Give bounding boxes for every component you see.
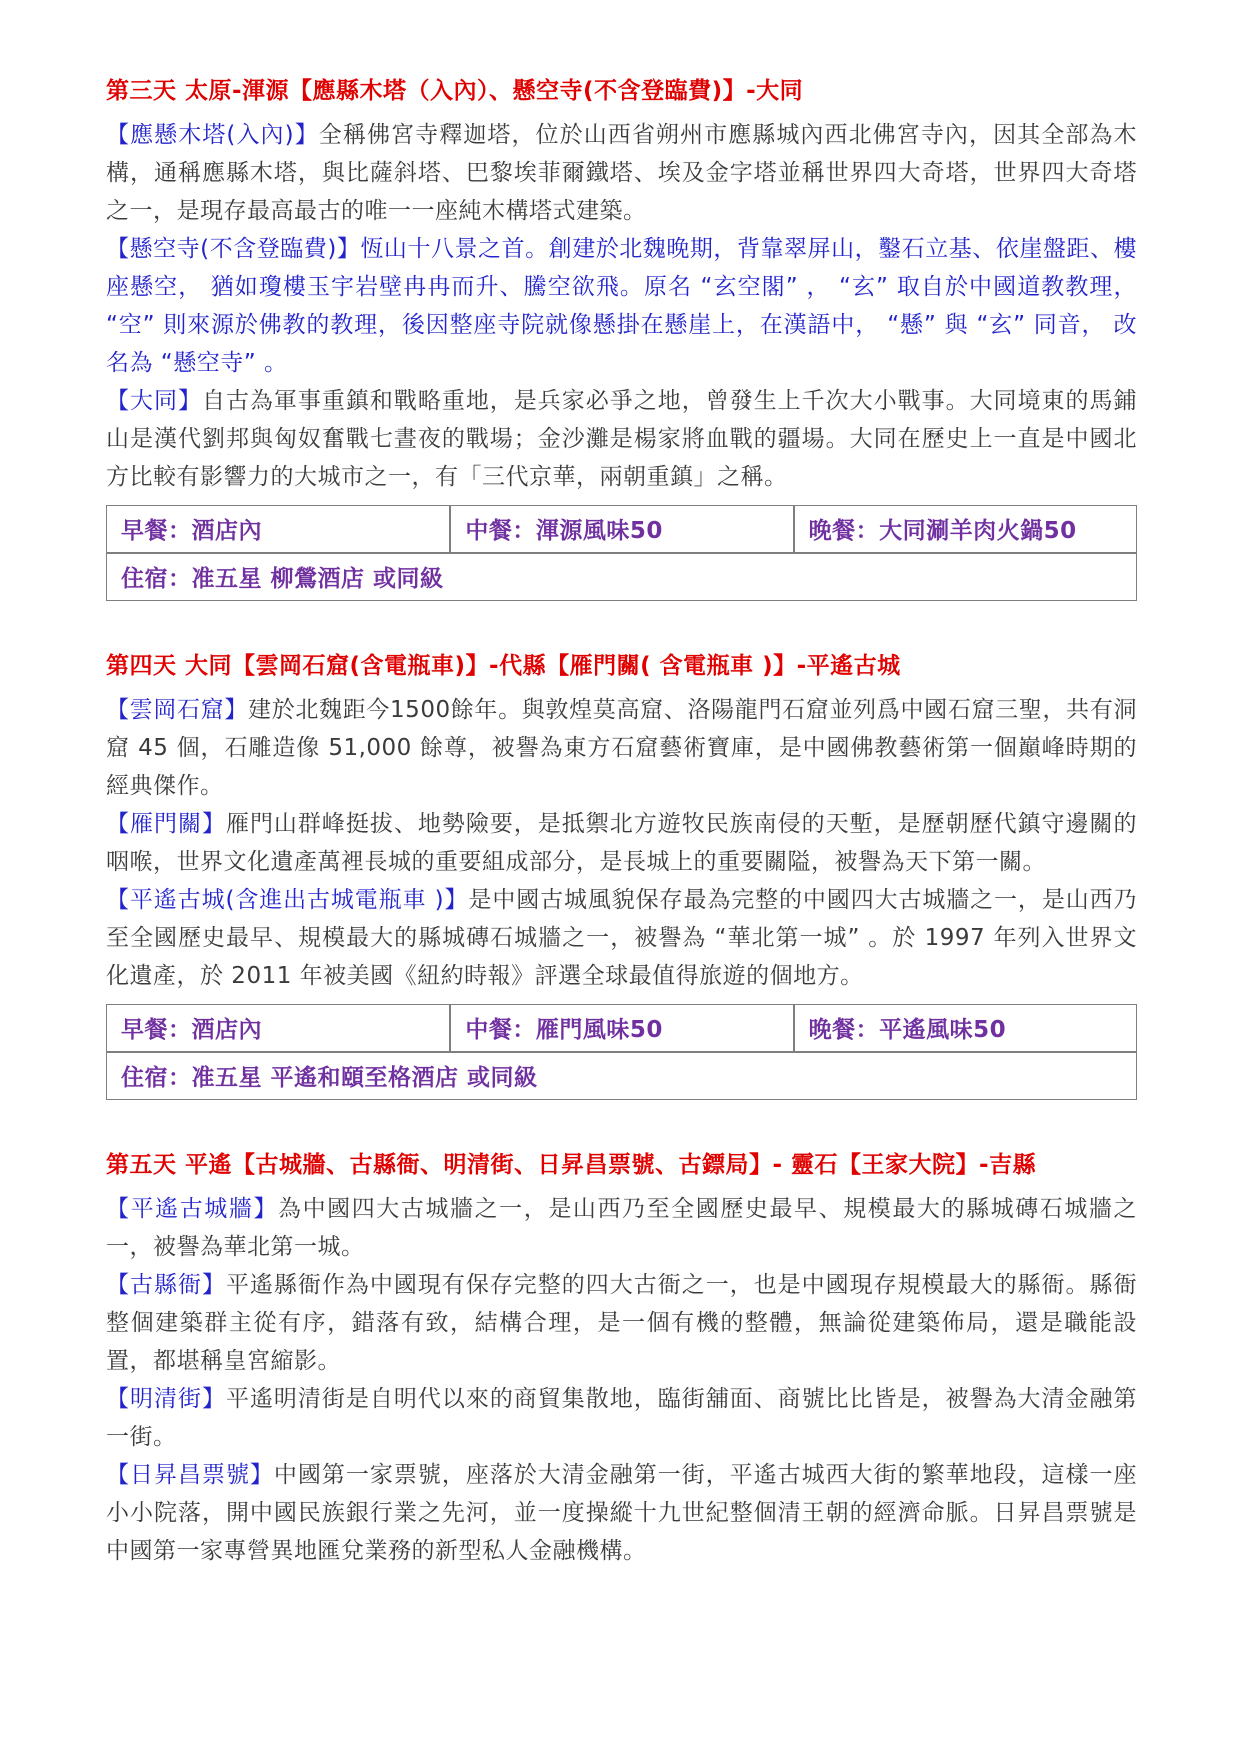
day3-lunch-cell: 中餐：渾源風味50	[450, 505, 793, 553]
day3-paragraph-datong: 【大同】自古為軍事重鎮和戰略重地，是兵家必爭之地，曾發生上千次大小戰事。大同境東…	[106, 382, 1137, 496]
day5-p2-label: 【古縣衙】	[106, 1272, 226, 1298]
day4-paragraph-yungang-grottoes: 【雲岡石窟】建於北魏距今1500餘年。與敦煌莫高窟、洛陽龍門石窟並列爲中國石窟三…	[106, 691, 1137, 805]
day3-p2-label: 【懸空寺(不含登臨費)】	[106, 236, 360, 262]
day5-paragraph-rishengchang: 【日昇昌票號】中國第一家票號，座落於大清金融第一街，平遙古城西大街的繁華地段，這…	[106, 1456, 1137, 1570]
day4-meals-row: 早餐：酒店內 中餐：雁門風味50 晚餐：平遙風味50	[106, 1004, 1137, 1052]
day5-p3-label: 【明清街】	[106, 1386, 226, 1412]
day5-paragraph-county-yamen: 【古縣衙】平遙縣衙作為中國現有保存完整的四大古衙之一，也是中國現存規模最大的縣衙…	[106, 1266, 1137, 1380]
day4-heading: 第四天 大同【雲岡石窟(含電瓶車)】-代縣【雁門關( 含電瓶車 )】-平遙古城	[106, 647, 1137, 685]
day3-meal-table: 早餐：酒店內 中餐：渾源風味50 晚餐：大同涮羊肉火鍋50 住宿：准五星 柳鶯酒…	[106, 505, 1137, 601]
day4-lunch-cell: 中餐：雁門風味50	[450, 1004, 793, 1052]
day4-p2-label: 【雁門關】	[106, 811, 226, 837]
day3-p3-label: 【大同】	[106, 388, 202, 414]
day4-paragraph-pingyao: 【平遙古城(含進出古城電瓶車 )】是中國古城風貌保存最為完整的中國四大古城牆之一…	[106, 881, 1137, 995]
day3-paragraph-hanging-temple: 【懸空寺(不含登臨費)】恆山十八景之首。創建於北魏晚期，背靠翠屏山，鑿石立基、依…	[106, 230, 1137, 382]
day4-p3-label: 【平遙古城(含進出古城電瓶車 )】	[106, 887, 468, 913]
day5-p3-text: 平遙明清街是自明代以來的商貿集散地，臨街舖面、商號比比皆是，被譽為大清金融第一街…	[106, 1386, 1137, 1450]
day4-section: 第四天 大同【雲岡石窟(含電瓶車)】-代縣【雁門關( 含電瓶車 )】-平遙古城 …	[106, 647, 1137, 1100]
day5-paragraph-city-wall: 【平遙古城牆】為中國四大古城牆之一，是山西乃至全國歷史最早、規模最大的縣城磚石城…	[106, 1190, 1137, 1266]
day4-p1-text: 建於北魏距今1500餘年。與敦煌莫高窟、洛陽龍門石窟並列爲中國石窟三聖，共有洞窟…	[106, 697, 1137, 799]
day4-p2-text: 雁門山群峰挺拔、地勢險要，是抵禦北方遊牧民族南侵的天塹，是歷朝歷代鎮守邊關的咽喉…	[106, 811, 1137, 875]
day5-paragraph-mingqing-street: 【明清街】平遙明清街是自明代以來的商貿集散地，臨街舖面、商號比比皆是，被譽為大清…	[106, 1380, 1137, 1456]
day3-paragraph-yingxian-pagoda: 【應懸木塔(入內)】全稱佛宮寺釋迦塔，位於山西省朔州市應縣城內西北佛宮寺內，因其…	[106, 116, 1137, 230]
day5-section: 第五天 平遙【古城牆、古縣衙、明清街、日昇昌票號、古鏢局】- 靈石【王家大院】-…	[106, 1146, 1137, 1570]
day5-heading: 第五天 平遙【古城牆、古縣衙、明清街、日昇昌票號、古鏢局】- 靈石【王家大院】-…	[106, 1146, 1137, 1184]
day4-hotel-row: 住宿：准五星 平遙和頤至格酒店 或同級	[106, 1052, 1137, 1100]
day3-dinner-cell: 晚餐：大同涮羊肉火鍋50	[794, 505, 1137, 553]
day5-p1-label: 【平遙古城牆】	[106, 1196, 278, 1222]
day3-section: 第三天 太原-渾源【應縣木塔（入內）、懸空寺(不含登臨費)】-大同 【應懸木塔(…	[106, 72, 1137, 601]
day4-meal-table: 早餐：酒店內 中餐：雁門風味50 晚餐：平遙風味50 住宿：准五星 平遙和頤至格…	[106, 1004, 1137, 1100]
day3-p1-label: 【應懸木塔(入內)】	[106, 122, 319, 148]
day5-p4-label: 【日昇昌票號】	[106, 1462, 274, 1488]
day4-breakfast-cell: 早餐：酒店內	[106, 1004, 450, 1052]
itinerary-document: 第三天 太原-渾源【應縣木塔（入內）、懸空寺(不含登臨費)】-大同 【應懸木塔(…	[0, 0, 1241, 1755]
day5-p2-text: 平遙縣衙作為中國現有保存完整的四大古衙之一，也是中國現存規模最大的縣衙。縣衙整個…	[106, 1272, 1137, 1374]
day4-paragraph-yanmen-pass: 【雁門關】雁門山群峰挺拔、地勢險要，是抵禦北方遊牧民族南侵的天塹，是歷朝歷代鎮守…	[106, 805, 1137, 881]
day3-breakfast-cell: 早餐：酒店內	[106, 505, 450, 553]
day4-hotel-cell: 住宿：准五星 平遙和頤至格酒店 或同級	[106, 1052, 1137, 1100]
day3-meals-row: 早餐：酒店內 中餐：渾源風味50 晚餐：大同涮羊肉火鍋50	[106, 505, 1137, 553]
day3-hotel-cell: 住宿：准五星 柳鶯酒店 或同級	[106, 553, 1137, 601]
day4-dinner-cell: 晚餐：平遙風味50	[794, 1004, 1137, 1052]
day3-p3-text: 自古為軍事重鎮和戰略重地，是兵家必爭之地，曾發生上千次大小戰事。大同境東的馬鋪山…	[106, 388, 1137, 490]
day3-hotel-row: 住宿：准五星 柳鶯酒店 或同級	[106, 553, 1137, 601]
day4-p1-label: 【雲岡石窟】	[106, 697, 248, 723]
day3-heading: 第三天 太原-渾源【應縣木塔（入內）、懸空寺(不含登臨費)】-大同	[106, 72, 1137, 110]
